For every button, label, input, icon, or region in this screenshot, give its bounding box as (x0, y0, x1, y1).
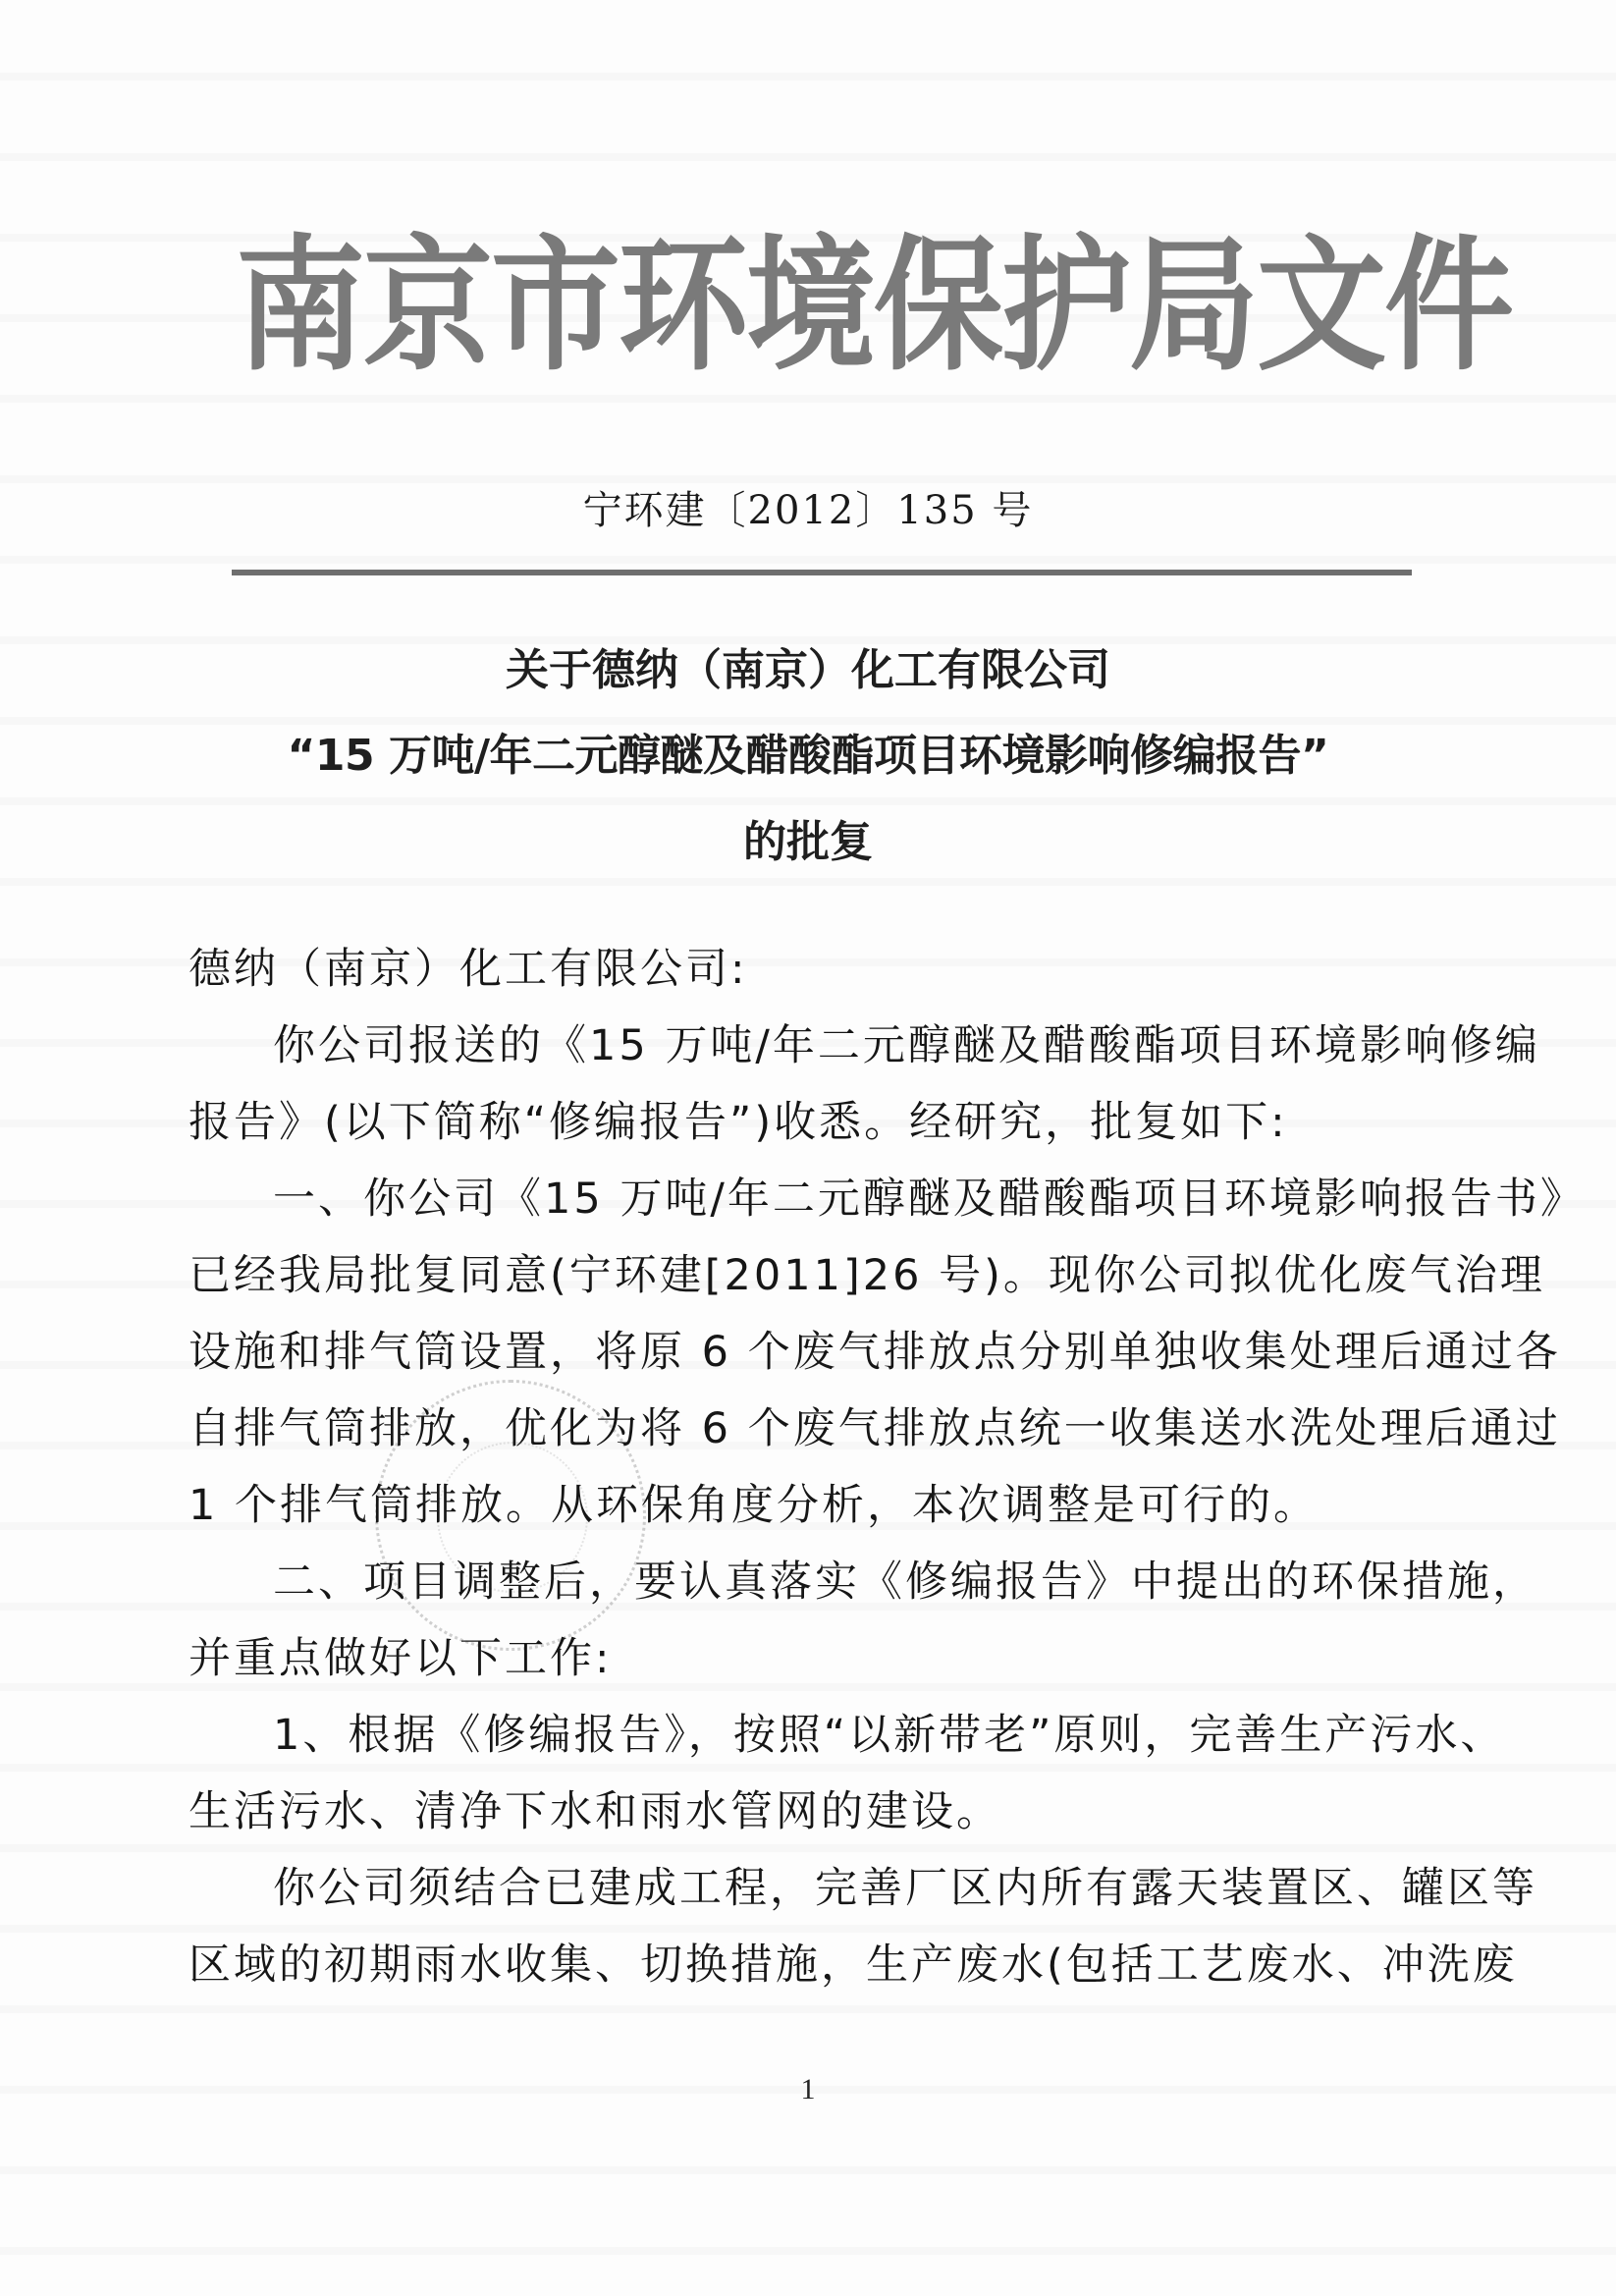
document-number: 宁环建〔2012〕135 号 (0, 485, 1616, 536)
body-line: 自排气筒排放，优化为将 6 个废气排放点统一收集送水洗处理后通过 (189, 1401, 1561, 1456)
body-line-section-1: 一、你公司《15 万吨/年二元醇醚及醋酸酯项目环境影响报告书》 (273, 1172, 1586, 1227)
body-line: 并重点做好以下工作: (189, 1631, 613, 1686)
document-page: 南京市环境保护局文件 宁环建〔2012〕135 号 关于德纳（南京）化工有限公司… (0, 0, 1616, 2296)
subject-title-line-3: 的批复 (0, 815, 1616, 870)
header-divider-rule (232, 570, 1412, 575)
page-number: 1 (0, 2072, 1616, 2107)
body-line: 区域的初期雨水收集、切换措施，生产废水(包括工艺废水、冲洗废 (189, 1938, 1518, 1993)
body-line: 1 个排气筒排放。从环保角度分析，本次调整是可行的。 (189, 1478, 1319, 1533)
body-line-item-1: 1、根据《修编报告》，按照“以新带老”原则，完善生产污水、 (273, 1708, 1505, 1763)
body-line-section-2: 二、项目调整后，要认真落实《修编报告》中提出的环保措施， (273, 1555, 1537, 1610)
body-line: 生活污水、清净下水和雨水管网的建设。 (189, 1784, 1001, 1839)
body-line-addressee: 德纳（南京）化工有限公司: (189, 942, 748, 997)
subject-title-line-2: “15 万吨/年二元醇醚及醋酸酯项目环境影响修编报告” (0, 729, 1616, 784)
body-line: 你公司报送的《15 万吨/年二元醇醚及醋酸酯项目环境影响修编 (273, 1018, 1540, 1073)
body-line: 你公司须结合已建成工程，完善厂区内所有露天装置区、罐区等 (273, 1861, 1537, 1916)
body-line: 报告》(以下简称“修编报告”)收悉。经研究，批复如下: (189, 1095, 1288, 1150)
body-line: 设施和排气筒设置，将原 6 个废气排放点分别单独收集处理后通过各 (189, 1325, 1561, 1380)
issuer-header-title: 南京市环境保护局文件 (236, 224, 1404, 389)
subject-title-line-1: 关于德纳（南京）化工有限公司 (0, 643, 1616, 698)
body-line: 已经我局批复同意(宁环建[2011]26 号)。现你公司拟优化废气治理 (189, 1248, 1545, 1303)
